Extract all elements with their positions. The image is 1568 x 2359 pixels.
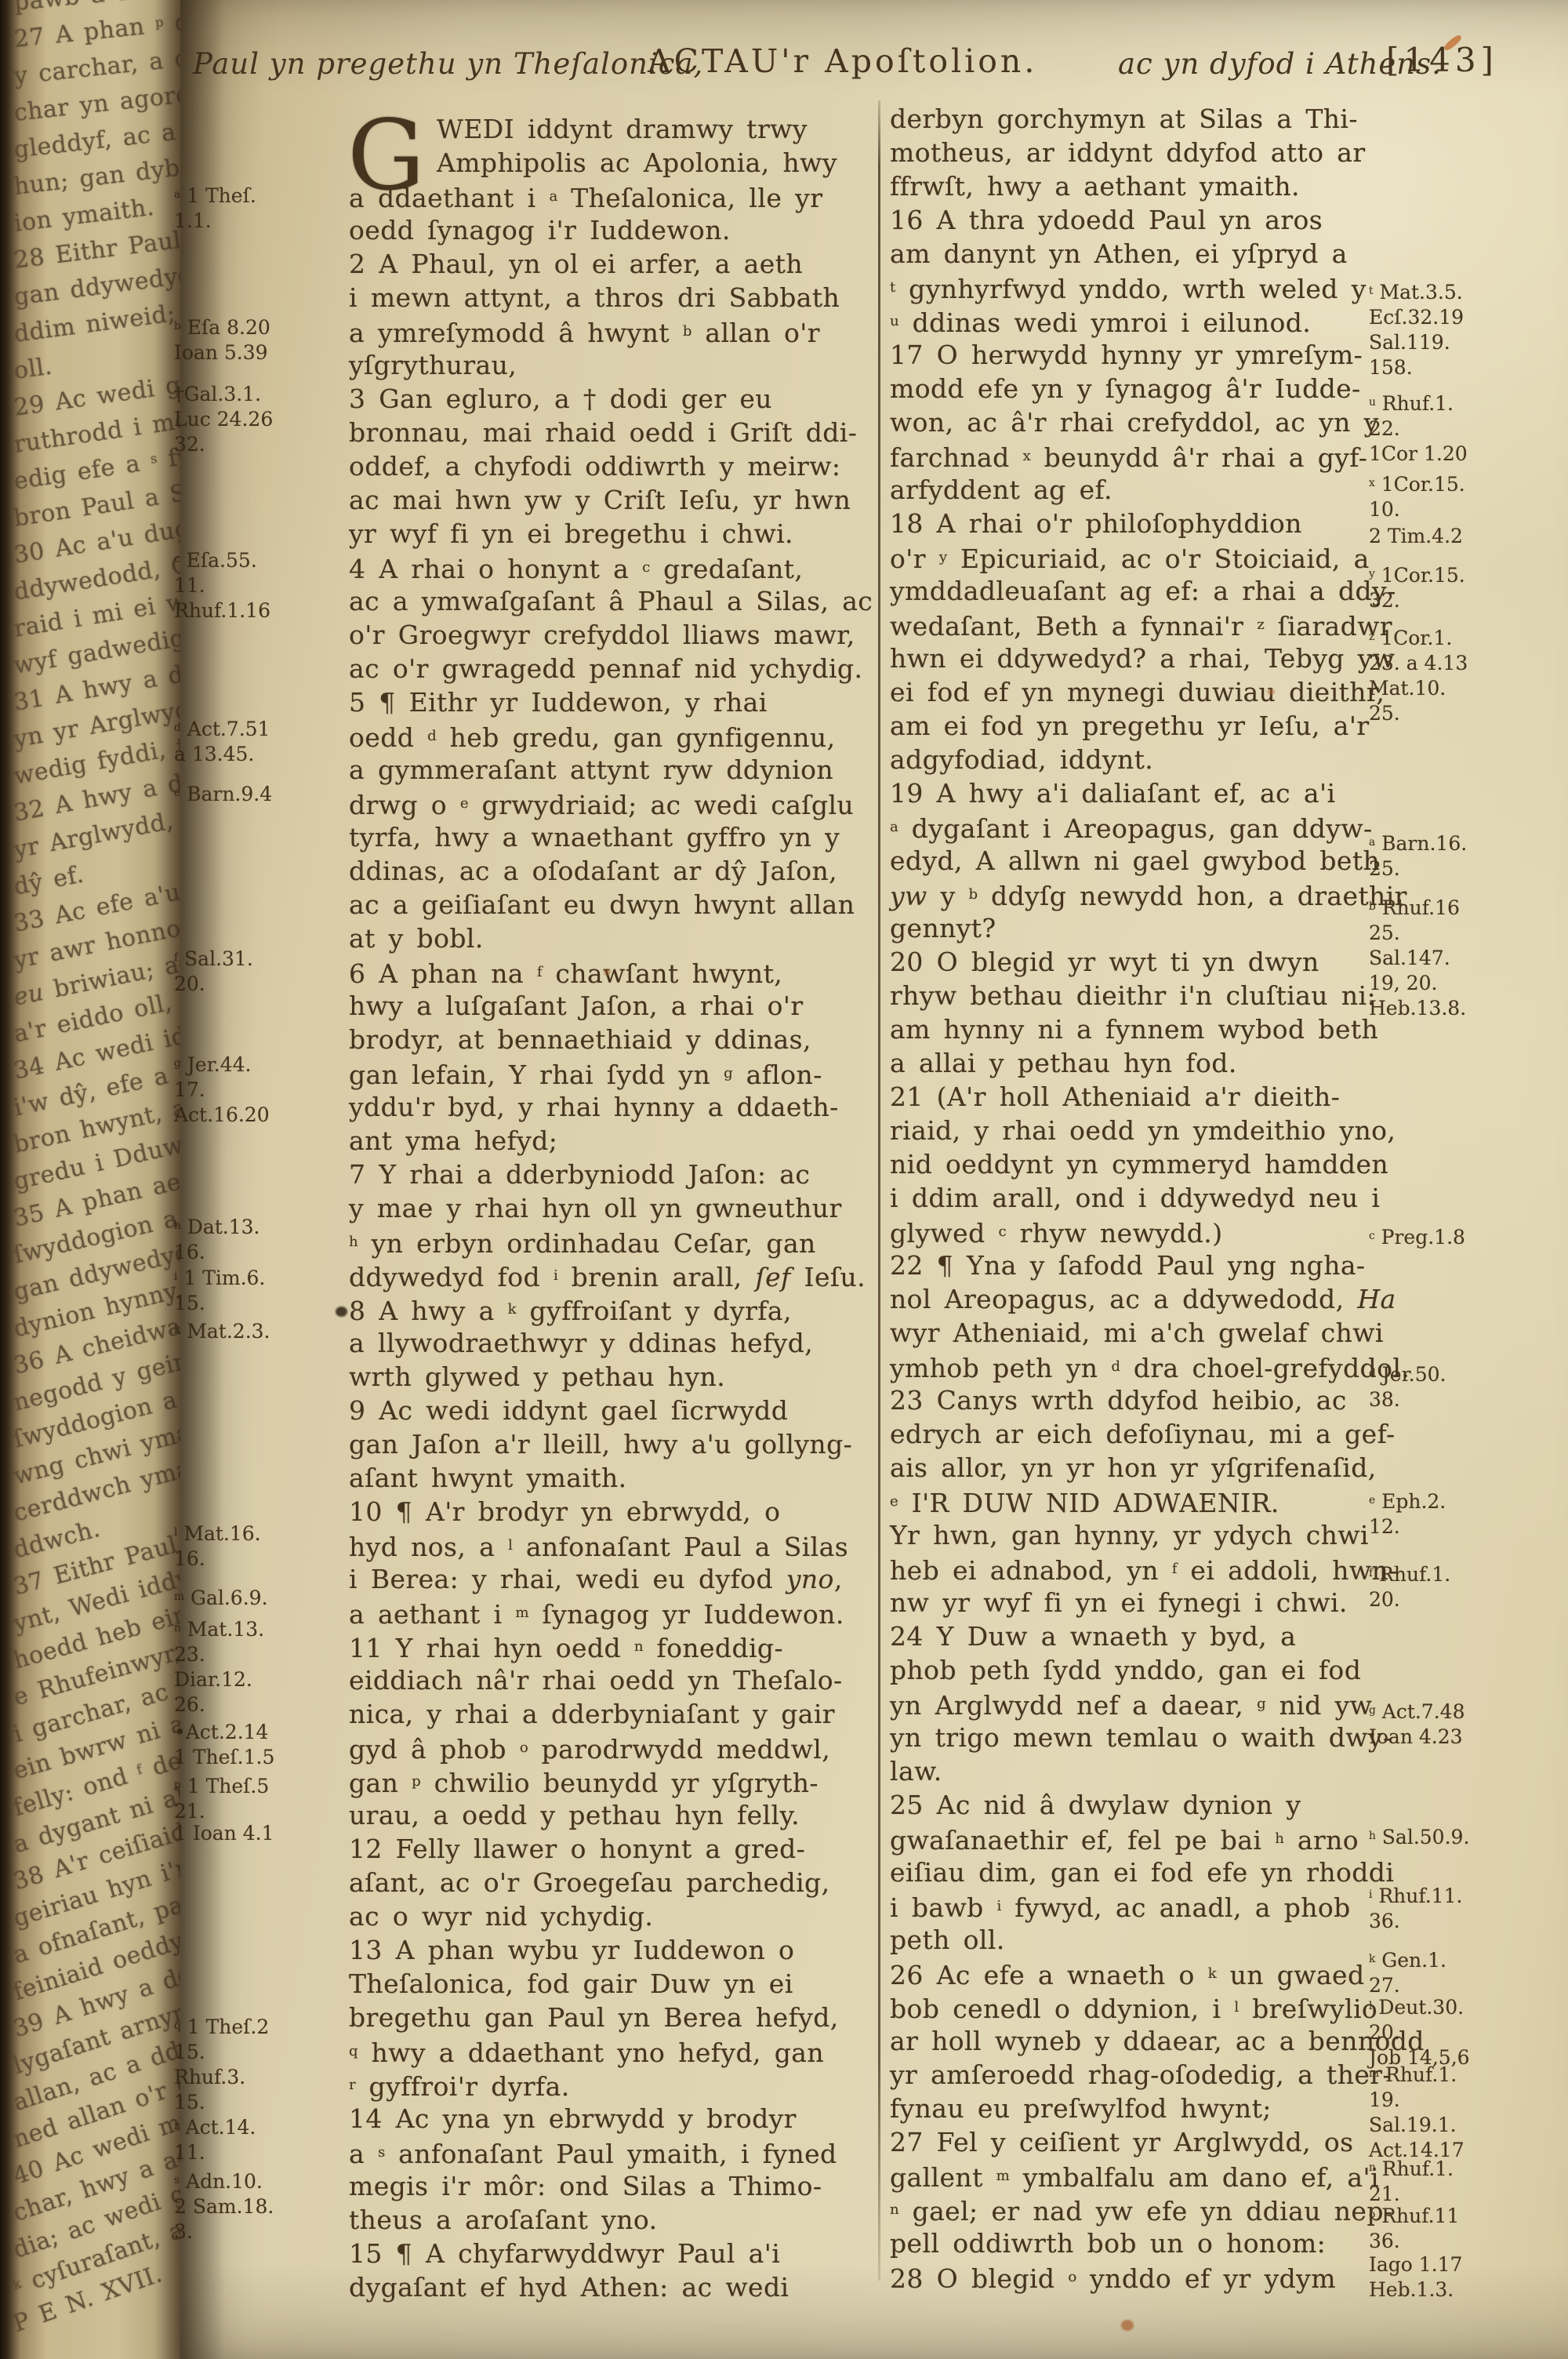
text-line: ac a geiſiaſant eu dwyn hwynt allan [349, 888, 876, 921]
text-line: yr amſeroedd rhag-oſodedig, a ther- [890, 2058, 1368, 2092]
text-line: gallent m ymbalfalu am dano ef, a'i [890, 2159, 1368, 2193]
margin-note: h Sal.50.9. [1369, 1823, 1469, 1850]
margin-note: h Dat.13.16. [174, 1213, 260, 1265]
text-line: q hwy a ddaethant yno hefyd, gan [349, 2034, 876, 2068]
text-line: nica, y rhai a dderbyniaſant y gair [349, 1697, 876, 1731]
margin-note: s Adn.10.2 Sam.18.3. [174, 2168, 274, 2245]
text-line: nid oeddynt yn cymmeryd hamdden [890, 1147, 1368, 1181]
text-line: Yr hwn, gan hynny, yr ydych chwi [890, 1518, 1368, 1552]
margin-note: l Mat.16.16. [174, 1520, 261, 1572]
text-line: dygaſant ef hyd Athen: ac wedi [349, 2270, 876, 2304]
verse: 4 A rhai o honynt a c gredaſant,ac a ymw… [349, 551, 876, 685]
text-line: gan lefain, Y rhai ſydd yn g aflon- [349, 1056, 876, 1090]
margin-note: b Eſa 8.20Ioan 5.39 [174, 314, 270, 365]
text-line: ac mai hwn yw y Criſt Ieſu, yr hwn [349, 483, 876, 517]
text-line: glywed c rhyw newydd.) [890, 1215, 1368, 1249]
verse: 28 O blegid o ynddo ef yr ydym [890, 2260, 1368, 2294]
text-line: i bawb i fywyd, ac anadl, a phob [890, 1889, 1368, 1923]
text-line: h yn erbyn ordinhadau Ceſar, gan [349, 1225, 876, 1259]
text-line: phob peth ſydd ynddo, gan ei fod [890, 1653, 1368, 1687]
text-line: eiddiach nâ'r rhai oedd yn Theſalo- [349, 1663, 876, 1697]
text-line: bob cenedl o ddynion, i l breſwylio [890, 1990, 1368, 2024]
verse: 14 Ac yna yn ebrwydd y brodyra s anfonaſ… [349, 2102, 876, 2237]
text-line: e I'R DUW NID ADWAENIR. [890, 1485, 1368, 1518]
text-line: ac a ymwaſgaſant â Phaul a Silas, ac [349, 584, 876, 618]
text-line: 25 Ac nid â dwylaw dynion y [890, 1788, 1368, 1822]
text-line: nw yr wyf fi yn ei fynegi i chwi. [890, 1586, 1368, 1619]
verse: 22 ¶ Yna y ſafodd Paul yng ngha-nol Areo… [890, 1249, 1368, 1383]
text-line: oedd d heb gredu, gan gynfigennu, [349, 719, 876, 753]
text-line: megis i'r môr: ond Silas a Thimo- [349, 2169, 876, 2203]
text-line: riaid, y rhai oedd yn ymdeithio yno, [890, 1114, 1368, 1147]
text-line: 21 (A'r holl Atheniaid a'r dieith- [890, 1080, 1368, 1114]
text-line: 7 Y rhai a dderbyniodd Jaſon: ac [349, 1158, 876, 1191]
text-line: a s anfonaſant Paul ymaith, i fyned [349, 2135, 876, 2169]
text-line: am hynny ni a fynnem wybod beth [890, 1012, 1368, 1046]
margin-note: o Rhuf.1136. [1369, 2202, 1459, 2254]
drop-cap: G [347, 107, 425, 205]
text-line: ymddadleuaſant ag ef: a rhai a ddy- [890, 574, 1368, 608]
margin-note: d Jer.50.38. [1369, 1361, 1446, 1412]
strip-text-line: oll. [13, 353, 54, 385]
text-line: r gyffroi'r dyrfa. [349, 2068, 876, 2102]
verse: 17 O herwydd hynny yr ymreſym-modd efe y… [890, 338, 1368, 507]
text-line: farchnad x beunydd â'r rhai a gyf- [890, 439, 1368, 473]
margin-note: c Eſa.55.11.Rhuf.1.16 [174, 547, 270, 623]
text-line: wyr Atheniaid, mi a'ch gwelaf chwi [890, 1316, 1368, 1350]
text-line: hwn ei ddywedyd? a rhai, Tebyg yw [890, 642, 1368, 675]
verse: 3 Gan egluro, a † dodi ger eubronnau, ma… [349, 382, 876, 551]
margin-note: x 1Cor.15.10. [1369, 471, 1465, 522]
column-rule [878, 100, 880, 2281]
text-line: brodyr, at bennaethiaid y ddinas, [349, 1023, 876, 1056]
verse: 15 ¶ A chyfarwyddwyr Paul a'idygaſant ef… [349, 2237, 876, 2304]
text-line: urau, a oedd y pethau hyn felly. [349, 1798, 876, 1832]
right-margin-notes: t Mat.3.5.Ecſ.32.19Sal.119.158.u Rhuf.1.… [1363, 0, 1568, 2359]
text-line: peth oll. [890, 1923, 1368, 1957]
margin-note: z 1Cor.1.23. a 4.13Mat.10.25. [1369, 624, 1468, 726]
text-line: 17 O herwydd hynny yr ymreſym- [890, 338, 1368, 372]
text-line: wrth glywed y pethau hyn. [349, 1360, 876, 1394]
margin-note: r Act.14.11. [174, 2114, 256, 2165]
margin-note: •Act.2.141 Theſ.1.5 [174, 1720, 274, 1770]
text-line: Theſalonica, fod gair Duw yn ei [349, 1967, 876, 2001]
verse: derbyn gorchymyn at Silas a Thi-motheus,… [890, 102, 1368, 203]
text-line: t gynhyrfwyd ynddo, wrth weled y [890, 271, 1368, 304]
text-line: 10 ¶ A'r brodyr yn ebrwydd, o [349, 1495, 876, 1528]
text-line: rhyw bethau dieithr i'n cluſtiau ni: [890, 979, 1368, 1012]
text-line: gan Jaſon a'r lleill, hwy a'u gollyng- [349, 1427, 876, 1461]
text-line: oddef, a chyfodi oddiwrth y meirw: [349, 449, 876, 483]
margin-note: q 1 Theſ.215.Rhuf.3.15. [174, 2013, 269, 2115]
text-column-right: derbyn gorchymyn at Silas a Thi-motheus,… [890, 102, 1368, 2294]
text-line: ddywedyd fod i brenin arall, ſef Ieſu. [349, 1259, 876, 1292]
margin-note: e Barn.9.4 [174, 780, 272, 807]
text-line: edrych ar eich defoſiynau, mi a gef- [890, 1417, 1368, 1451]
page-header: Paul yn pregethu yn Theſalonica, ACTAU'r… [180, 0, 1568, 102]
verse: 16 A thra ydoedd Paul yn arosam danynt y… [890, 203, 1368, 338]
verse: 11 Y rhai hyn oedd n foneddig-eiddiach n… [349, 1630, 876, 1832]
left-margin-notes: a 1 Theſ.1.1.b Eſa 8.20Ioan 5.39†Gal.3.1… [168, 0, 345, 2359]
running-head-title: ACTAU'r Apoſtolion. [648, 42, 1037, 80]
text-line: at y bobl. [349, 921, 876, 955]
text-line: yw y b ddyſg newydd hon, a draethir [890, 878, 1368, 911]
text-line: a llywodraethwyr y ddinas hefyd, [349, 1326, 876, 1360]
text-line: yr wyf fi yn ei bregethu i chwi. [349, 517, 876, 551]
text-line: gyd â phob o parodrwydd meddwl, [349, 1731, 876, 1765]
margin-note: p 1 Theſ.521. [174, 1772, 269, 1824]
verse: 25 Ac nid â dwylaw dynion ygwaſanaethir … [890, 1788, 1368, 1957]
margin-note: 2 Tim.4.2 [1369, 524, 1463, 549]
margin-note: Iago 1.17Heb.1.3. [1369, 2252, 1462, 2303]
margin-note: u Rhuf.1.22.1Cor 1.20 [1369, 390, 1468, 467]
text-line: yn trigo mewn temlau o waith dwy- [890, 1721, 1368, 1754]
text-line: ei fod ef yn mynegi duwiau dieithr, [890, 675, 1368, 709]
margin-note: n Mat.13.23.Diar.12.26. [174, 1616, 264, 1717]
text-line: aſant hwynt ymaith. [349, 1461, 876, 1495]
text-line: drwg o e grwydriaid; ac wedi caſglu [349, 787, 876, 820]
verse: 20 O blegid yr wyt ti yn dwynrhyw bethau… [890, 945, 1368, 1080]
margin-note: y 1Cor.15.32. [1369, 562, 1465, 613]
margin-note: k Mat.2.3. [174, 1318, 270, 1344]
text-line: hwy a luſgaſant Jaſon, a rhai o'r [349, 989, 876, 1023]
text-line: 20 O blegid yr wyt ti yn dwyn [890, 945, 1368, 979]
margin-note: c Preg.1.8 [1369, 1223, 1465, 1250]
margin-note: i 1 Tim.6.15. [174, 1264, 265, 1316]
text-line: 23 Canys wrth ddyfod heibio, ac [890, 1383, 1368, 1417]
text-line: 8 A hwy a k gyffroiſant y dyrfa, [349, 1292, 876, 1326]
text-line: y mae y rhai hyn oll yn gwneuthur [349, 1191, 876, 1225]
text-line: motheus, ar iddynt ddyfod atto ar [890, 136, 1368, 169]
text-line: 2 A Phaul, yn ol ei arfer, a aeth [349, 247, 876, 281]
verse: 18 A rhai o'r philoſophyddiono'r y Epicu… [890, 507, 1368, 776]
text-line: o'r Groegwyr crefyddol lliaws mawr, [349, 618, 876, 652]
verse: 27 Fel y ceiſient yr Arglwydd, osgallent… [890, 2125, 1368, 2260]
verse: 9 Ac wedi iddynt gael ſicrwyddgan Jaſon … [349, 1394, 876, 1495]
text-column-left: GWEDI iddynt dramwy trwyAmphipolis ac Ap… [349, 112, 876, 2304]
verse: GWEDI iddynt dramwy trwyAmphipolis ac Ap… [349, 112, 876, 247]
verse: 12 Felly llawer o honynt a gred-aſant, a… [349, 1832, 876, 1933]
paper-stain [1121, 2320, 1134, 2331]
text-line: 14 Ac yna yn ebrwydd y brodyr [349, 2102, 876, 2135]
text-line: i mewn attynt, a thros dri Sabbath [349, 281, 876, 314]
text-line: 12 Felly llawer o honynt a gred- [349, 1832, 876, 1866]
margin-note: †Gal.3.1.Luc 24.2632. [174, 382, 273, 457]
text-line: 4 A rhai o honynt a c gredaſant, [349, 551, 876, 584]
text-line: 28 O blegid o ynddo ef yr ydym [890, 2260, 1368, 2294]
text-line: bronnau, mai rhaid oedd i Griſt ddi- [349, 416, 876, 449]
verse: 6 A phan na f chawſant hwynt,hwy a luſga… [349, 955, 876, 1158]
text-line: a dygaſant i Areopagus, gan ddyw- [890, 810, 1368, 844]
margin-note: k Gen.1.27. [1369, 1946, 1446, 1998]
verse: 13 A phan wybu yr Iuddewon oTheſalonica,… [349, 1933, 876, 2102]
margin-note: g Act.7.48Ioan 4.23 [1369, 1698, 1465, 1750]
text-line: 22 ¶ Yna y ſafodd Paul yng ngha- [890, 1249, 1368, 1282]
text-line: adgyfodiad, iddynt. [890, 743, 1368, 776]
text-line: yn Arglwydd nef a daear, g nid yw [890, 1687, 1368, 1721]
text-line: 13 A phan wybu yr Iuddewon o [349, 1933, 876, 1967]
verse: 8 A hwy a k gyffroiſant y dyrfa,a llywod… [349, 1292, 876, 1394]
text-line: tyrfa, hwy a wnaethant gyffro yn y [349, 820, 876, 854]
verse: 7 Y rhai a dderbyniodd Jaſon: acy mae y … [349, 1158, 876, 1292]
text-line: 26 Ac efe a wnaeth o k un gwaed [890, 1957, 1368, 1990]
margin-note: m Gal.6.9. [174, 1584, 268, 1611]
verse: 2 A Phaul, yn ol ei arfer, a aethi mewn … [349, 247, 876, 382]
text-line: 16 A thra ydoedd Paul yn aros [890, 203, 1368, 237]
text-line: edyd, A allwn ni gael gwybod beth [890, 844, 1368, 878]
text-line: a ymreſymodd â hwynt b allan o'r [349, 314, 876, 348]
text-line: law. [890, 1754, 1368, 1788]
strip-text-line: ion ymaith. [13, 194, 156, 238]
text-line: u ddinas wedi ymroi i eilunod. [890, 304, 1368, 338]
text-line: am danynt yn Athen, ei yſpryd a [890, 237, 1368, 271]
text-line: gwaſanaethir ef, fel pe bai h arno [890, 1822, 1368, 1856]
margin-note: d Act.7.51a 13.45. [174, 715, 270, 767]
text-line: arfyddent ag ef. [890, 473, 1368, 507]
margin-note: g Jer.44.17.Act.16.20 [174, 1051, 270, 1128]
margin-note: n Rhuf.1.21. [1369, 2155, 1454, 2207]
text-line: ddinas, ac a oſodaſant ar dŷ Jaſon, [349, 854, 876, 888]
text-line: derbyn gorchymyn at Silas a Thi- [890, 102, 1368, 136]
text-line: 27 Fel y ceiſient yr Arglwydd, os [890, 2125, 1368, 2159]
text-line: pell oddiwrth bob un o honom: [890, 2226, 1368, 2260]
text-line: n gael; er nad yw efe yn ddiau nep- [890, 2193, 1368, 2226]
verse: 5 ¶ Eithr yr Iuddewon, y rhaioedd d heb … [349, 685, 876, 955]
text-line: 3 Gan egluro, a † dodi ger eu [349, 382, 876, 416]
text-line: aſant, ac o'r Groegeſau parchedig, [349, 1866, 876, 1899]
text-line: 5 ¶ Eithr yr Iuddewon, y rhai [349, 685, 876, 719]
text-line: won, ac â'r rhai crefyddol, ac yn y [890, 405, 1368, 439]
text-line: fynau eu preſwylfod hwynt; [890, 2092, 1368, 2125]
text-line: am ei fod yn pregethu yr Ieſu, a'r [890, 709, 1368, 743]
bible-page: Paul yn pregethu yn Theſalonica, ACTAU'r… [180, 0, 1568, 2359]
text-line: ant yma hefyd; [349, 1124, 876, 1158]
text-line: 11 Y rhai hyn oedd n foneddig- [349, 1630, 876, 1663]
text-line: 15 ¶ A chyfarwyddwyr Paul a'i [349, 2237, 876, 2270]
verse: 23 Canys wrth ddyfod heibio, acedrych ar… [890, 1383, 1368, 1619]
margin-note: f Rhuf.1.20. [1369, 1561, 1450, 1612]
text-line: oedd ſynagog i'r Iuddewon. [349, 213, 876, 247]
margin-note: m Rhuf.1.19.Sal.19.1.Act.14.17 [1369, 2061, 1465, 2163]
verse: 24 Y Duw a wnaeth y byd, aphob peth ſydd… [890, 1619, 1368, 1788]
margin-note: i Rhuf.11.36. [1369, 1882, 1462, 1934]
text-line: a gymmeraſant attynt ryw ddynion [349, 753, 876, 787]
book-photo: pawb a aetha27 A phan p ddey carchar, a … [0, 0, 1568, 2359]
text-line: gan p chwilio beunydd yr yſgryth- [349, 1765, 876, 1798]
margin-note: t Mat.3.5.Ecſ.32.19Sal.119.158. [1369, 278, 1464, 380]
text-line: Amphipolis ac Apolonia, hwy [349, 146, 876, 180]
text-line: ac o wyr nid ychydig. [349, 1899, 876, 1933]
text-line: yſgrythurau, [349, 348, 876, 382]
margin-note: e Eph.2.12. [1369, 1488, 1446, 1539]
text-line: o'r y Epicuriaid, ac o'r Stoiciaid, a [890, 540, 1368, 574]
margin-note: l Deut.30.20.Job 14,5,6 [1369, 1994, 1470, 2070]
text-line: 24 Y Duw a wnaeth y byd, a [890, 1619, 1368, 1653]
verse: 10 ¶ A'r brodyr yn ebrwydd, ohyd nos, a … [349, 1495, 876, 1630]
text-line: gennyt? [890, 911, 1368, 945]
verse: 21 (A'r holl Atheniaid a'r dieith-riaid,… [890, 1080, 1368, 1249]
margin-note: f Sal.31.20. [174, 945, 253, 997]
text-line: i ddim arall, ond i ddywedyd neu i [890, 1181, 1368, 1215]
text-line: ais allor, yn yr hon yr yſgrifenaſid, [890, 1451, 1368, 1485]
previous-page-text: pawb a aetha27 A phan p ddey carchar, a … [0, 0, 182, 2359]
text-line: yddu'r byd, y rhai hynny a ddaeth- [349, 1090, 876, 1124]
margin-note: a Barn.16.25. [1369, 830, 1467, 881]
text-line: ffrwſt, hwy a aethant ymaith. [890, 169, 1368, 203]
margin-note: a 1 Theſ.1.1. [174, 182, 256, 234]
text-line: hyd nos, a l anfonaſant Paul a Silas [349, 1528, 876, 1562]
text-line: 18 A rhai o'r philoſophyddion [890, 507, 1368, 540]
verse: 19 A hwy a'i daliaſant ef, ac a'ia dygaſ… [890, 776, 1368, 945]
margin-note: 1 Ioan 4.1 [174, 1821, 274, 1846]
text-line: ac o'r gwragedd pennaf nid ychydig. [349, 652, 876, 685]
previous-page-strip: pawb a aetha27 A phan p ddey carchar, a … [0, 0, 182, 2359]
text-line: ymhob peth yn d dra choel-grefyddol. [890, 1350, 1368, 1383]
text-line: i Berea: y rhai, wedi eu dyfod yno, [349, 1562, 876, 1596]
text-line: wedaſant, Beth a fynnai'r z ſiaradwr [890, 608, 1368, 642]
text-line: theus a aroſaſant yno. [349, 2203, 876, 2237]
strip-text-line: dŷ ef. [12, 860, 86, 900]
verse: 26 Ac efe a wnaeth o k un gwaedbob cened… [890, 1957, 1368, 2125]
text-line: 9 Ac wedi iddynt gael ſicrwydd [349, 1394, 876, 1427]
text-line: ar holl wyneb y ddaear, ac a bennodd [890, 2024, 1368, 2058]
text-line: a allai y pethau hyn fod. [890, 1046, 1368, 1080]
text-line: 19 A hwy a'i daliaſant ef, ac a'i [890, 776, 1368, 810]
text-line: eiſiau dim, gan ei fod efe yn rhoddi [890, 1856, 1368, 1889]
text-line: WEDI iddynt dramwy trwy [349, 112, 876, 146]
text-line: nol Areopagus, ac a ddywedodd, Ha [890, 1282, 1368, 1316]
text-line: bregethu gan Paul yn Berea hefyd, [349, 2001, 876, 2034]
text-line: modd efe yn y ſynagog â'r Iudde- [890, 372, 1368, 405]
margin-note: b Rhuf.1625.Sal.147.19, 20.Heb.13.8. [1369, 894, 1466, 1021]
text-line: 6 A phan na f chawſant hwynt, [349, 955, 876, 989]
text-line: heb ei adnabod, yn f ei addoli, hwn- [890, 1552, 1368, 1586]
text-line: a aethant i m ſynagog yr Iuddewon. [349, 1596, 876, 1630]
text-line: a ddaethant i a Theſalonica, lle yr [349, 180, 876, 213]
